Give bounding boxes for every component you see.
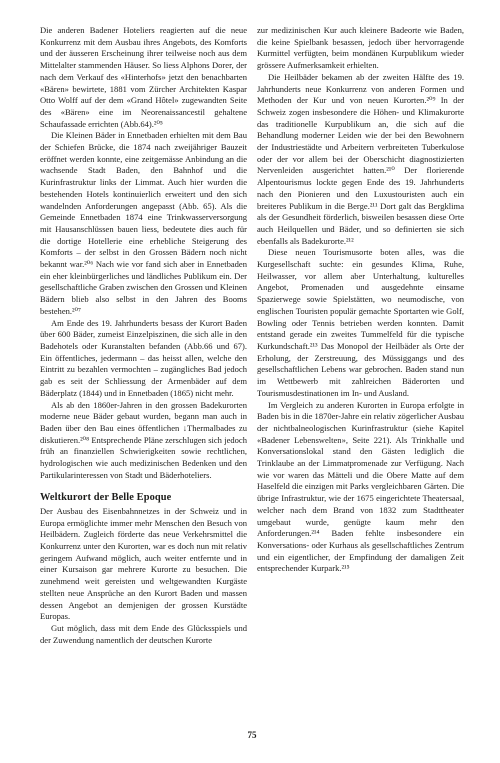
text-column-left: Die anderen Badener Hoteliers reagierten… [40, 25, 247, 646]
book-page: Die anderen Badener Hoteliers reagierten… [0, 0, 500, 763]
paragraph: Diese neuen Tourismusorte boten alles, w… [257, 247, 464, 399]
paragraph: Die Kleinen Bäder in Ennetbaden erhielte… [40, 130, 247, 317]
paragraph: Die anderen Badener Hoteliers reagierten… [40, 25, 247, 130]
paragraph: Der Ausbau des Eisenbahnnetzes in der Sc… [40, 506, 247, 623]
paragraph: Im Vergleich zu anderen Kurorten in Euro… [257, 400, 464, 576]
paragraph: zur medizinischen Kur auch kleinere Bade… [257, 25, 464, 72]
paragraph: Gut möglich, dass mit dem Ende des Glück… [40, 623, 247, 646]
paragraph: Die Heilbäder bekamen ab der zweiten Häl… [257, 72, 464, 248]
text-column-right: zur medizinischen Kur auch kleinere Bade… [257, 25, 464, 646]
text-block: Die anderen Badener Hoteliers reagierten… [40, 25, 464, 646]
paragraph: Am Ende des 19. Jahrhunderts besass der … [40, 318, 247, 400]
section-heading: Weltkurort der Belle Epoque [40, 492, 247, 504]
paragraph: Als ab den 1860er-Jahren in den grossen … [40, 400, 247, 482]
page-number: 75 [40, 730, 464, 740]
